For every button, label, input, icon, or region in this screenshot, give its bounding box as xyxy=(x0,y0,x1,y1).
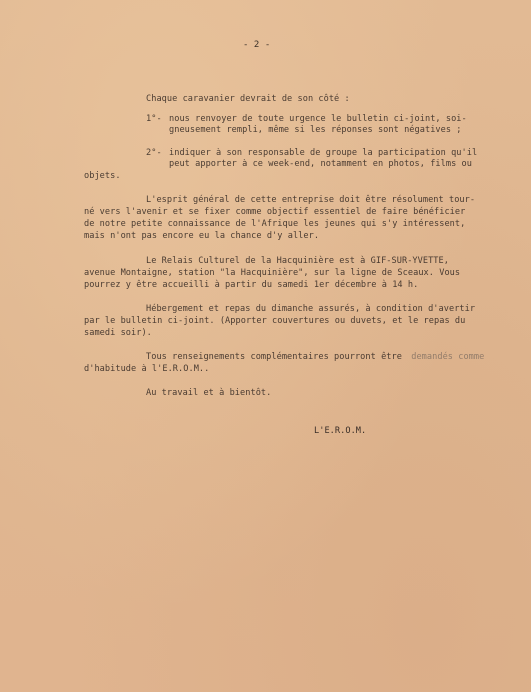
paragraph-1-line-1: L'esprit général de cette entreprise doi… xyxy=(146,195,475,206)
item-2-line-1: indiquer à son responsable de groupe la … xyxy=(169,148,477,159)
paragraph-2-line-2: avenue Montaigne, station "la Hacquinièr… xyxy=(84,268,460,279)
paragraph-3-line-1: Hébergement et repas du dimanche assurés… xyxy=(146,304,475,315)
item-2-continuation: objets. xyxy=(84,171,121,182)
paragraph-3-line-3: samedi soir). xyxy=(84,328,152,339)
paragraph-2-line-1: Le Relais Culturel de la Hacquinière est… xyxy=(146,256,449,267)
closing-line: Au travail et à bientôt. xyxy=(146,388,271,399)
paragraph-1-line-2: né vers l'avenir et se fixer comme objec… xyxy=(84,207,465,218)
paragraph-4-line-1-main: Tous renseignements complémentaires pour… xyxy=(146,352,402,363)
intro-line: Chaque caravanier devrait de son côté : xyxy=(146,94,350,105)
document-page: - 2 - Chaque caravanier devrait de son c… xyxy=(0,0,531,692)
paragraph-4-line-2: d'habitude à l'E.R.O.M.. xyxy=(84,364,209,375)
item-2-line-2: peut apporter à ce week-end, notamment e… xyxy=(169,159,472,170)
item-1-marker: 1°- xyxy=(146,114,162,125)
item-1-line-2: gneusement rempli, même si les réponses … xyxy=(169,125,462,136)
page-number: - 2 - xyxy=(243,40,270,50)
signature: L'E.R.O.M. xyxy=(314,426,366,436)
paragraph-4-line-1-faded: demandés comme xyxy=(406,352,484,363)
paragraph-2-line-3: pourrez y être accueilli à partir du sam… xyxy=(84,280,418,291)
item-1-line-1: nous renvoyer de toute urgence le bullet… xyxy=(169,114,467,125)
paragraph-1-line-3: de notre petite connaissance de l'Afriqu… xyxy=(84,219,465,230)
paragraph-1-line-4: mais n'ont pas encore eu la chance d'y a… xyxy=(84,231,319,242)
item-2-marker: 2°- xyxy=(146,148,162,159)
paragraph-3-line-2: par le bulletin ci-joint. (Apporter couv… xyxy=(84,316,465,327)
